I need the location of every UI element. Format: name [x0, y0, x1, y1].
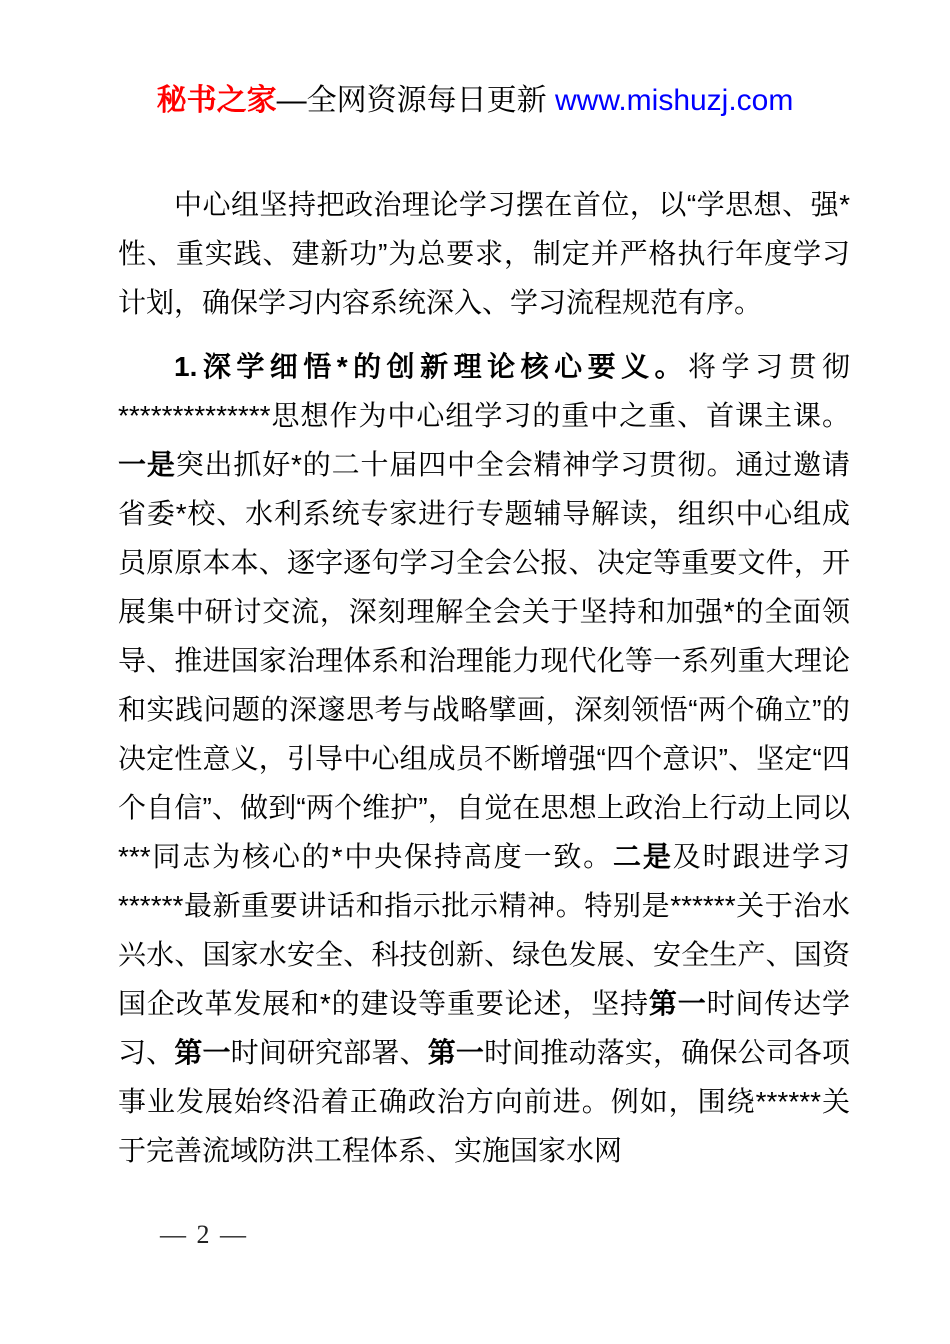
text-run-bold: 一是 [118, 449, 176, 480]
text-run-bold: 第一 [174, 1037, 230, 1068]
text-run-bold: 二是 [613, 841, 673, 872]
text-run-bold: 第一 [649, 988, 707, 1019]
paragraph: 1.深学细悟*的创新理论核心要义。将学习贯彻**************思想作为… [118, 342, 850, 1175]
text-run-bold: 1.深学细悟*的创新理论核心要义。 [174, 351, 688, 382]
site-url[interactable]: www.mishuzj.com [555, 84, 793, 117]
text-run-bold: 第一 [428, 1037, 484, 1068]
text-run: 中心组坚持把政治理论学习摆在首位，以“学思想、强*性、重实践、建新功”为总要求，… [118, 189, 850, 318]
site-header: 秘书之家—全网资源每日更新 www.mishuzj.com [0, 0, 950, 118]
document-page: 秘书之家—全网资源每日更新 www.mishuzj.com 中心组坚持把政治理论… [0, 0, 950, 1344]
site-tagline: —全网资源每日更新 [277, 84, 555, 117]
page-footer: — 2 — [160, 1220, 248, 1250]
text-run: 突出抓好*的二十届四中全会精神学习贯彻。通过邀请省委*校、水利系统专家进行专题辅… [118, 449, 850, 872]
document-body: 中心组坚持把政治理论学习摆在首位，以“学思想、强*性、重实践、建新功”为总要求，… [118, 180, 850, 1175]
page-number: — 2 — [160, 1220, 248, 1249]
paragraph: 中心组坚持把政治理论学习摆在首位，以“学思想、强*性、重实践、建新功”为总要求，… [118, 180, 850, 327]
text-run: 时间研究部署、 [231, 1037, 428, 1068]
site-brand: 秘书之家 [157, 84, 277, 117]
